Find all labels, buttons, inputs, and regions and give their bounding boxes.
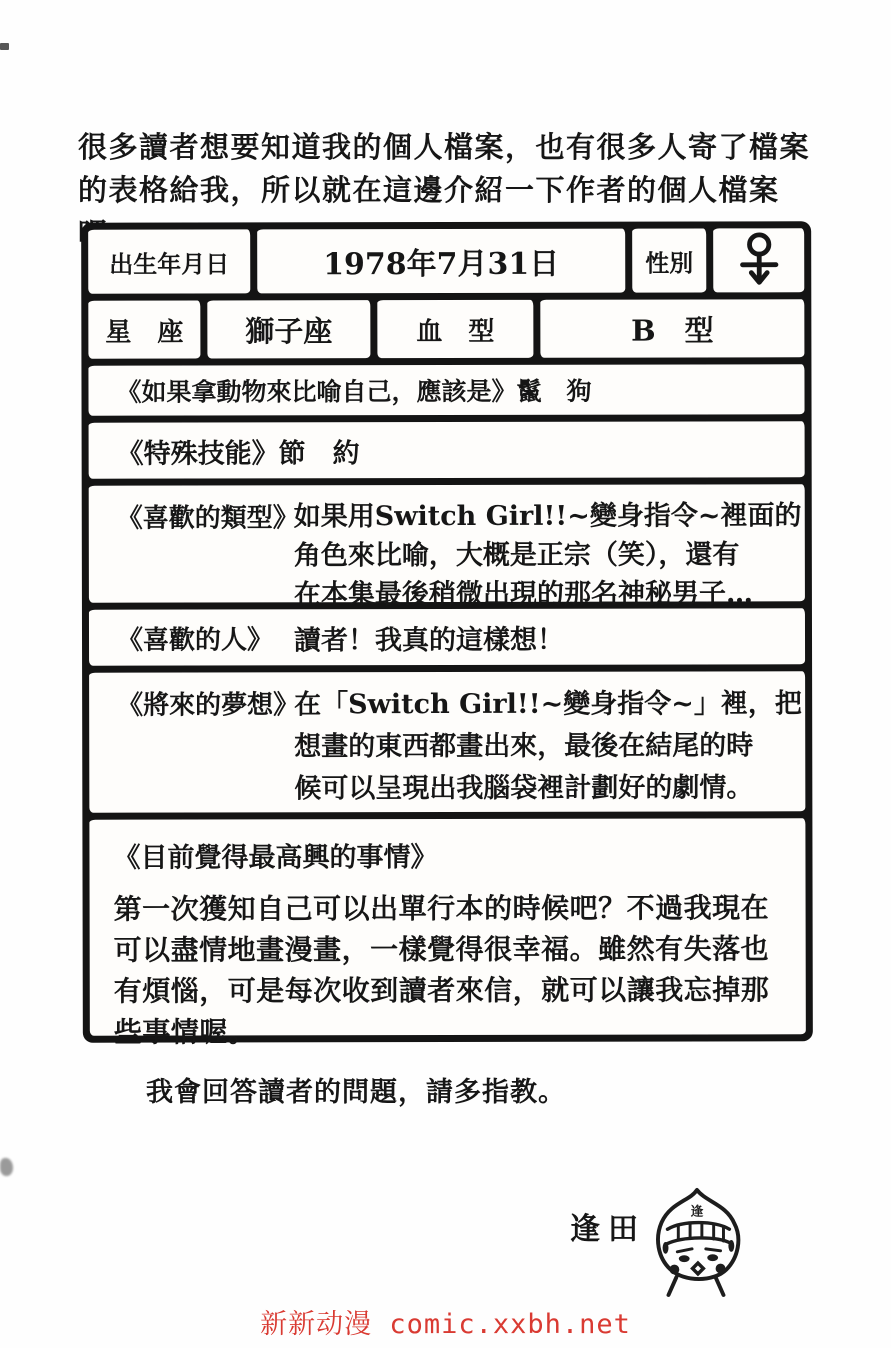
intro-line-1: 很多讀者想要知道我的個人檔案，也有很多人寄了檔案 <box>78 130 810 164</box>
scan-artifact-top-left <box>0 43 9 50</box>
zodiac-label: 星 座 <box>88 301 200 359</box>
birthdate-label: 出生年月日 <box>88 229 250 293</box>
future-dream-line-1: 在「Switch Girl!!~變身指令~」裡，把 <box>294 683 802 726</box>
future-dream-cell: 《將來的夢想》 在「Switch Girl!!~變身指令~」裡，把 想畫的東西都… <box>89 671 805 812</box>
row-special-skill: 《特殊技能》節 約 <box>89 421 805 478</box>
happiest-cell: 《目前覺得最高興的事情》 第一次獲知自己可以出單行本的時候吧？不過我現在 可以盡… <box>89 818 805 1035</box>
liked-person-value: 讀者！我真的這樣想！ <box>294 617 564 657</box>
liked-type-text: 如果用Switch Girl!!~變身指令~裡面的 角色來比喻，大概是正宗（笑）… <box>294 496 802 614</box>
author-mascot-drawing: 逢 <box>641 1182 749 1300</box>
liked-person-cell: 《喜歡的人》 讀者！我真的這樣想！ <box>89 608 805 665</box>
liked-type-label: 《喜歡的類型》 <box>117 497 294 534</box>
liked-type-line-2: 角色來比喻，大概是正宗（笑），還有 <box>294 535 802 575</box>
animal-text: 《如果拿動物來比喻自己，應該是》鬣 狗 <box>88 364 804 415</box>
gender-symbol-cell <box>713 228 804 292</box>
happiest-line-4: 些事情喔。 <box>114 1010 770 1052</box>
watermark: 新新动漫 comic.xxbh.net <box>0 1302 891 1341</box>
liked-type-line-1: 如果用Switch Girl!!~變身指令~裡面的 <box>294 496 802 536</box>
liked-type-cell: 《喜歡的類型》 如果用Switch Girl!!~變身指令~裡面的 角色來比喻，… <box>89 484 805 602</box>
row-liked-person: 《喜歡的人》 讀者！我真的這樣想！ <box>89 608 805 665</box>
row-future-dream: 《將來的夢想》 在「Switch Girl!!~變身指令~」裡，把 想畫的東西都… <box>89 671 805 812</box>
blood-label: 血 型 <box>377 300 533 358</box>
zodiac-value: 獅子座 <box>207 300 370 358</box>
happiest-text: 第一次獲知自己可以出單行本的時候吧？不過我現在 可以盡情地畫漫畫，一樣覺得很幸福… <box>114 887 770 1052</box>
blood-value: B 型 <box>540 299 804 358</box>
birthdate-value: 1978年7月31日 <box>257 229 625 294</box>
female-symbol-icon <box>730 231 788 289</box>
happiest-line-2: 可以盡情地畫漫畫，一樣覺得很幸福。雖然有失落也 <box>114 928 770 970</box>
author-signature: 逢田 <box>570 1204 646 1248</box>
skill-text: 《特殊技能》節 約 <box>89 421 805 478</box>
future-dream-line-3: 候可以呈現出我腦袋裡計劃好的劇情。 <box>294 767 802 810</box>
row-zodiac-blood: 星 座 獅子座 血 型 B 型 <box>88 299 804 358</box>
happiest-line-1: 第一次獲知自己可以出單行本的時候吧？不過我現在 <box>114 887 770 929</box>
gender-label: 性別 <box>632 228 706 292</box>
future-dream-label: 《將來的夢想》 <box>117 684 294 721</box>
row-happiest-thing: 《目前覺得最高興的事情》 第一次獲知自己可以出單行本的時候吧？不過我現在 可以盡… <box>89 818 805 1035</box>
row-animal: 《如果拿動物來比喻自己，應該是》鬣 狗 <box>88 364 804 415</box>
happiest-label: 《目前覺得最高興的事情》 <box>113 835 437 875</box>
future-dream-line-2: 想畫的東西都畫出來，最後在結尾的時 <box>294 725 802 768</box>
manga-author-profile-page: 很多讀者想要知道我的個人檔案，也有很多人寄了檔案 的表格給我，所以就在這邊介紹一… <box>0 0 891 1348</box>
happiest-line-3: 有煩惱，可是每次收到讀者來信，就可以讓我忘掉那 <box>114 969 770 1011</box>
closing-line: 我會回答讀者的問題，請多指教。 <box>146 1070 566 1109</box>
scan-artifact-left-edge <box>0 1158 13 1176</box>
future-dream-text: 在「Switch Girl!!~變身指令~」裡，把 想畫的東西都畫出來，最後在結… <box>294 683 802 810</box>
liked-person-label: 《喜歡的人》 <box>117 619 294 656</box>
row-liked-type: 《喜歡的類型》 如果用Switch Girl!!~變身指令~裡面的 角色來比喻，… <box>89 484 805 602</box>
row-birthdate-gender: 出生年月日 1978年7月31日 性別 <box>88 228 804 293</box>
mascot-head-character: 逢 <box>691 1203 704 1219</box>
profile-table: 出生年月日 1978年7月31日 性別 星 座 獅子座 血 型 B 型 <box>81 221 813 1043</box>
